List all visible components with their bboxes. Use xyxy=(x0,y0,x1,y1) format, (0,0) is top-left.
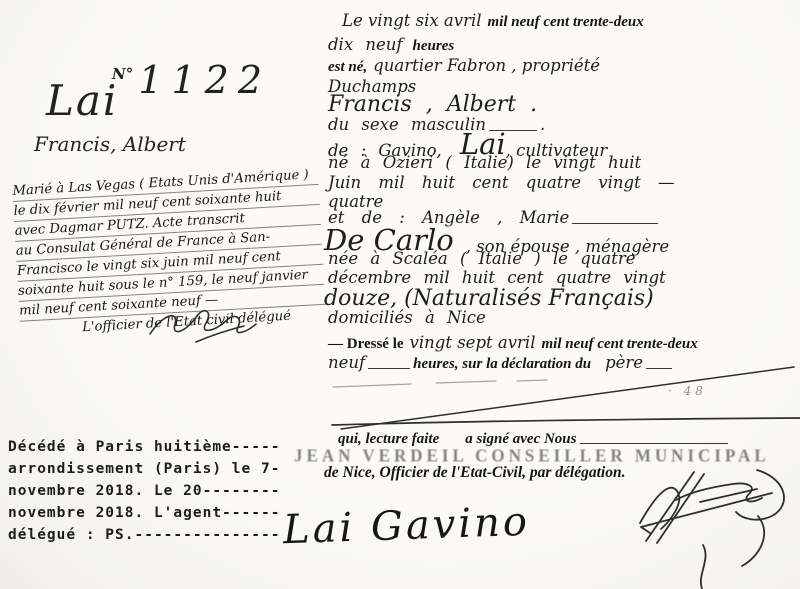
drawn-up-date-handwritten: vingt sept avril xyxy=(410,334,536,353)
birthplace-handwritten: quartier Fabron , propriété xyxy=(373,57,600,76)
act-line-birthplace: est né, quartier Fabron , propriété xyxy=(328,57,795,76)
declaration-printed: heures, sur la déclaration du xyxy=(413,356,591,373)
drawn-up-printed-b: mil neuf cent trente-deux xyxy=(541,336,697,353)
act-line-residence: domiciliés à Nice xyxy=(328,309,795,328)
act-line-child-names: Francis , Albert . xyxy=(328,92,795,117)
act-line-drawn-up: — Dressé le vingt sept avril mil neuf ce… xyxy=(328,334,795,353)
declarant-handwritten: père xyxy=(605,354,643,373)
hour-printed: heures xyxy=(413,38,455,55)
death-annotation-line: délégué : PS.--------------- xyxy=(8,524,280,546)
born-printed: est né, xyxy=(328,59,367,76)
death-annotation-line: novembre 2018. Le 20-------- xyxy=(8,480,280,502)
mother-birth-handwritten-1: née à Scaléa ( Italie ) le quatre xyxy=(328,250,636,269)
death-annotation: Décédé à Paris huitième----- arrondissem… xyxy=(8,436,280,546)
act-line-father-birth-2: Juin mil huit cent quatre vingt — xyxy=(328,174,795,193)
act-line-mother-birth-1: née à Scaléa ( Italie ) le quatre xyxy=(328,250,795,269)
delegate-signature xyxy=(640,470,784,589)
father-birth-handwritten-1: né à Ozieri ( Italie) le vingt huit xyxy=(328,154,641,173)
death-annotation-line: Décédé à Paris huitième----- xyxy=(8,436,280,458)
act-line-birth-date: Le vingt six avril mil neuf cent trente-… xyxy=(328,12,795,31)
father-signature: Lai Gavino xyxy=(282,499,530,554)
birth-certificate-scan: N° 1122 Lai Francis, Albert Marié à Las … xyxy=(0,0,800,589)
death-annotation-line: novembre 2018. L'agent------ xyxy=(8,502,280,524)
act-line-hour: dix neuf heures xyxy=(328,36,795,55)
child-names-handwritten: Francis , Albert . xyxy=(328,92,537,117)
officiant-title-printed: de Nice, Officier de l'Etat-Civil, par d… xyxy=(324,464,625,482)
margin-surname: Lai xyxy=(46,76,118,125)
margin-given-names: Francis, Albert xyxy=(34,132,186,156)
act-number-value: 1122 xyxy=(138,58,271,102)
birth-date-handwritten: Le vingt six avril xyxy=(328,12,482,31)
faint-registry-mark: · 48 xyxy=(668,384,707,398)
act-line-father-birth-1: né à Ozieri ( Italie) le vingt huit xyxy=(328,154,795,173)
death-annotation-line: arrondissement (Paris) le 7- xyxy=(8,458,280,480)
residence-handwritten: domiciliés à Nice xyxy=(328,309,486,328)
act-line-declaration: neuf heures, sur la déclaration du père xyxy=(328,354,795,373)
act-number: N° 1122 xyxy=(112,58,271,102)
drawn-hour-handwritten: neuf xyxy=(328,354,365,373)
marriage-annotation: Marié à Las Vegas ( Etats Unis d'Amériqu… xyxy=(12,165,326,341)
drawn-up-printed-a: — Dressé le xyxy=(328,336,404,353)
birth-date-printed: mil neuf cent trente-deux xyxy=(488,14,644,31)
hour-handwritten: dix neuf xyxy=(328,36,403,55)
father-birth-handwritten-2: Juin mil huit cent quatre vingt — xyxy=(328,174,674,193)
strike-through-lines xyxy=(332,367,800,429)
